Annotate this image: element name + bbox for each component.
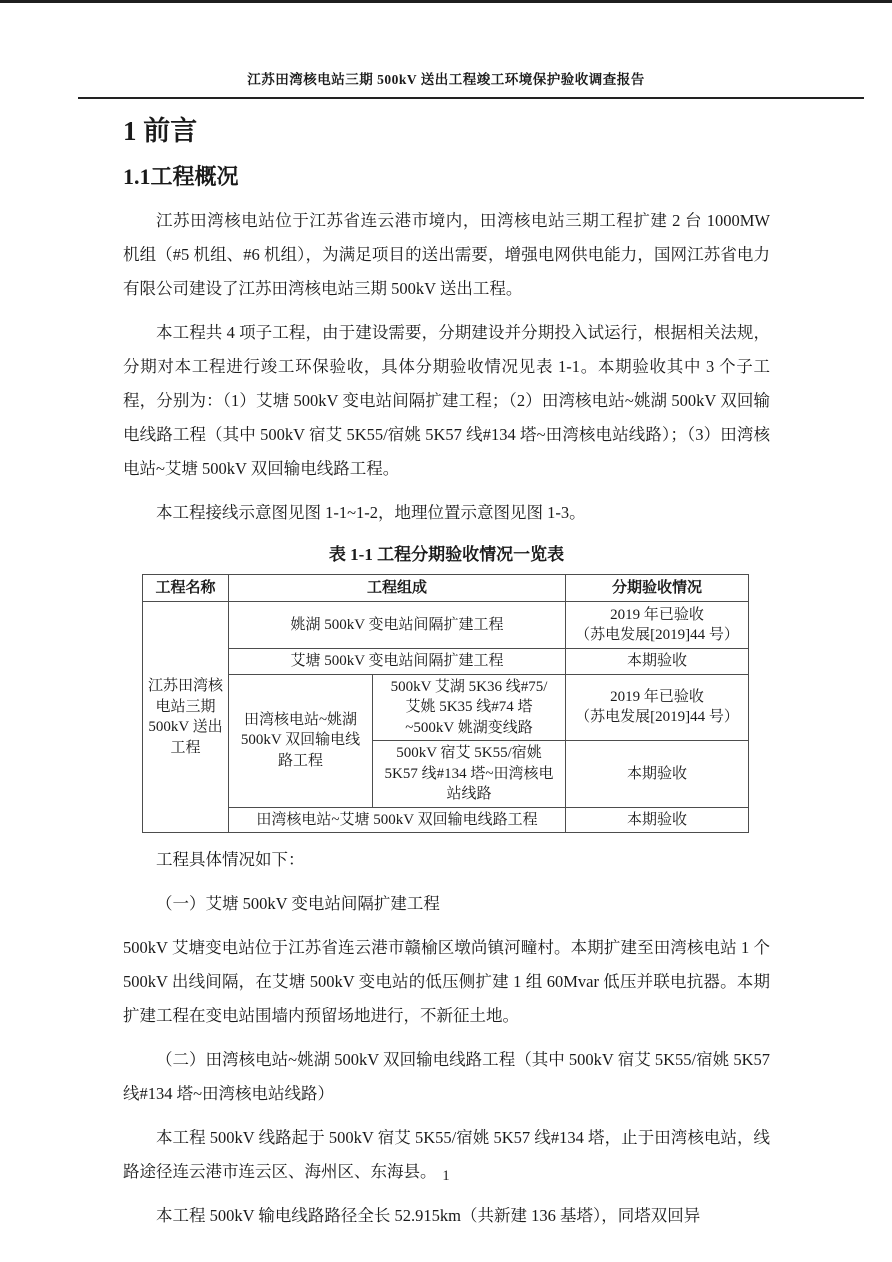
subsection-heading: 1.1工程概况 bbox=[123, 162, 770, 192]
header-rule-divider bbox=[78, 97, 864, 99]
table-cell-status: 本期验收 bbox=[566, 807, 749, 833]
paragraph-project-overview: 江苏田湾核电站位于江苏省连云港市境内，田湾核电站三期工程扩建 2 台 1000M… bbox=[123, 204, 770, 306]
document-page: 江苏田湾核电站三期 500kV 送出工程竣工环境保护验收调查报告 1 前言 1.… bbox=[0, 0, 892, 1262]
document-body: 1 前言 1.1工程概况 江苏田湾核电站位于江苏省连云港市境内，田湾核电站三期工… bbox=[123, 114, 770, 1233]
table-cell-composition: 田湾核电站~艾塘 500kV 双回输电线路工程 bbox=[229, 807, 566, 833]
table-row: 田湾核电站~艾塘 500kV 双回输电线路工程 本期验收 bbox=[143, 807, 749, 833]
table-row: 艾塘 500kV 变电站间隔扩建工程 本期验收 bbox=[143, 649, 749, 675]
table-row: 江苏田湾核电站三期 500kV 送出工程 姚湖 500kV 变电站间隔扩建工程 … bbox=[143, 602, 749, 649]
table-header-composition: 工程组成 bbox=[229, 575, 566, 602]
table-row: 田湾核电站~姚湖 500kV 双回输电线 路工程 500kV 艾湖 5K36 线… bbox=[143, 674, 749, 741]
table-header-project-name: 工程名称 bbox=[143, 575, 229, 602]
table-cell-status: 本期验收 bbox=[566, 741, 749, 808]
paragraph-figure-references: 本工程接线示意图见图 1-1~1-2，地理位置示意图见图 1-3。 bbox=[123, 496, 770, 530]
paragraph-item-one-body: 500kV 艾塘变电站位于江苏省连云港市赣榆区墩尚镇河疃村。本期扩建至田湾核电站… bbox=[123, 931, 770, 1033]
paragraph-item-two-title: （二）田湾核电站~姚湖 500kV 双回输电线路工程（其中 500kV 宿艾 5… bbox=[123, 1043, 770, 1111]
table-cell-composition: 500kV 宿艾 5K55/宿姚 5K57 线#134 塔~田湾核电 站线路 bbox=[373, 741, 566, 808]
table-caption: 表 1-1 工程分期验收情况一览表 bbox=[123, 542, 770, 568]
table-cell-composition-group: 田湾核电站~姚湖 500kV 双回输电线 路工程 bbox=[229, 674, 373, 807]
running-head-title: 江苏田湾核电站三期 500kV 送出工程竣工环境保护验收调查报告 bbox=[0, 70, 892, 90]
section-heading: 1 前言 bbox=[123, 114, 770, 148]
paragraph-subprojects: 本工程共 4 项子工程，由于建设需要，分期建设并分期投入试运行，根据相关法规，分… bbox=[123, 316, 770, 486]
paragraph-item-one-title: （一）艾塘 500kV 变电站间隔扩建工程 bbox=[123, 887, 770, 921]
table-cell-composition: 艾塘 500kV 变电站间隔扩建工程 bbox=[229, 649, 566, 675]
table-cell-composition: 500kV 艾湖 5K36 线#75/ 艾姚 5K35 线#74 塔 ~500k… bbox=[373, 674, 566, 741]
page-number: 1 bbox=[0, 1168, 892, 1185]
paragraph-details-lead: 工程具体情况如下： bbox=[123, 843, 770, 877]
table-cell-status: 2019 年已验收 （苏电发展[2019]44 号） bbox=[566, 602, 749, 649]
paragraph-item-two-length: 本工程 500kV 输电线路路径全长 52.915km（共新建 136 基塔），… bbox=[123, 1199, 770, 1233]
table-header-status: 分期验收情况 bbox=[566, 575, 749, 602]
table-cell-composition: 姚湖 500kV 变电站间隔扩建工程 bbox=[229, 602, 566, 649]
page-top-border bbox=[0, 0, 892, 3]
table-header-row: 工程名称 工程组成 分期验收情况 bbox=[143, 575, 749, 602]
table-cell-project-name: 江苏田湾核电站三期 500kV 送出工程 bbox=[143, 602, 229, 833]
table-cell-status: 2019 年已验收 （苏电发展[2019]44 号） bbox=[566, 674, 749, 741]
acceptance-status-table: 工程名称 工程组成 分期验收情况 江苏田湾核电站三期 500kV 送出工程 姚湖… bbox=[142, 574, 749, 833]
table-cell-status: 本期验收 bbox=[566, 649, 749, 675]
